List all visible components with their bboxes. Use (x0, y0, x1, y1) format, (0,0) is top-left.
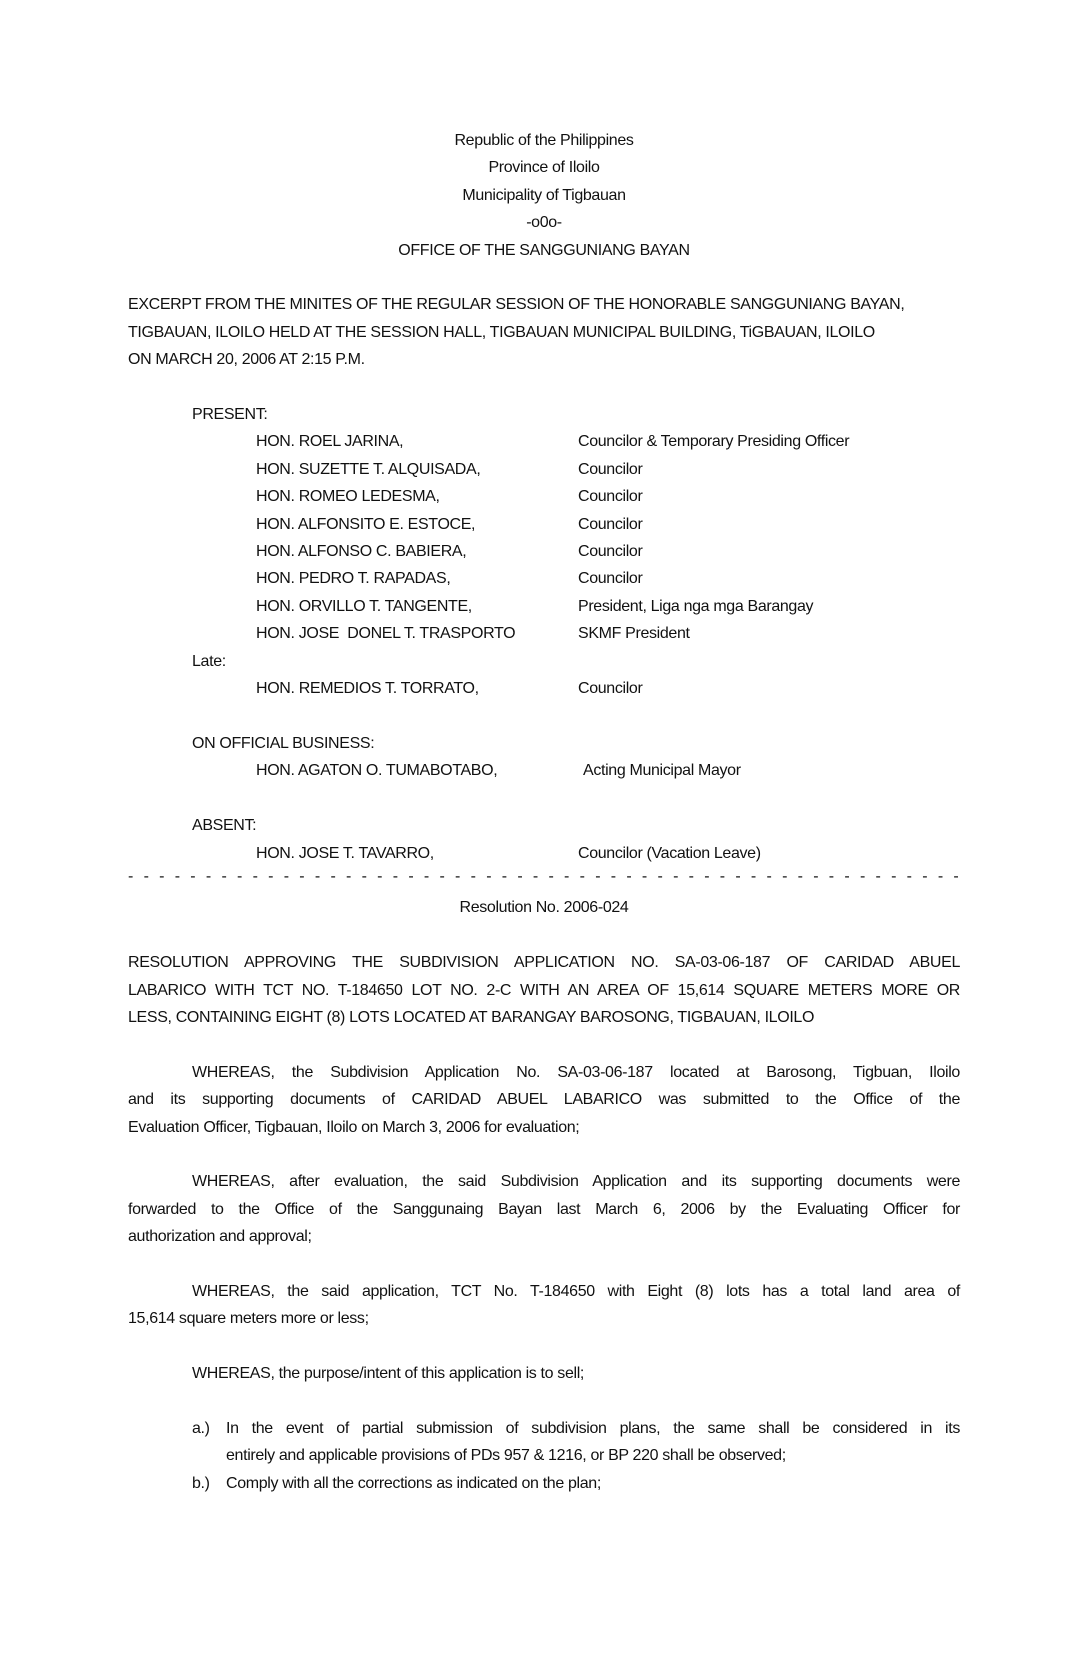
member-name: HON. ROMEO LEDESMA, (192, 483, 578, 510)
whereas-line: Evaluation Officer, Tigbauan, Iloilo on … (128, 1114, 960, 1141)
condition-item: a.) In the event of partial submission o… (192, 1415, 960, 1470)
excerpt-line: EXCERPT FROM THE MINITES OF THE REGULAR … (128, 291, 960, 318)
whereas-line: WHEREAS, after evaluation, the said Subd… (128, 1168, 960, 1195)
excerpt-line: ON MARCH 20, 2006 AT 2:15 P.M. (128, 346, 960, 373)
whereas-line: 15,614 square meters more or less; (128, 1305, 960, 1332)
resolution-title-line: LABARICO WITH TCT NO. T-184650 LOT NO. 2… (128, 977, 960, 1004)
whereas-clause: WHEREAS, the said application, TCT No. T… (128, 1278, 960, 1333)
member-role: Councilor (578, 483, 960, 510)
member-role: Councilor (578, 675, 960, 702)
document-page: Republic of the Philippines Province of … (128, 127, 960, 1497)
attendance-row: HON. JOSE DONEL T. TRASPORTO SKMF Presid… (192, 620, 960, 647)
member-name: HON. ROEL JARINA, (192, 428, 578, 455)
letterhead-office: OFFICE OF THE SANGGUNIANG BAYAN (128, 237, 960, 264)
whereas-line: WHEREAS, the said application, TCT No. T… (128, 1278, 960, 1305)
letterhead-municipality: Municipality of Tigbauan (128, 182, 960, 209)
resolution-title: RESOLUTION APPROVING THE SUBDIVISION APP… (128, 949, 960, 1031)
member-role: Councilor (578, 511, 960, 538)
member-name: HON. ORVILLO T. TANGENTE, (192, 593, 578, 620)
attendance-row: HON. ROEL JARINA, Councilor & Temporary … (192, 428, 960, 455)
member-role: Acting Municipal Mayor (578, 757, 960, 784)
attendance-row: HON. ORVILLO T. TANGENTE, President, Lig… (192, 593, 960, 620)
list-marker: b.) (192, 1470, 226, 1497)
whereas-line: WHEREAS, the purpose/intent of this appl… (128, 1360, 960, 1387)
member-role: Councilor (Vacation Leave) (578, 840, 960, 867)
member-name: HON. REMEDIOS T. TORRATO, (192, 675, 578, 702)
letterhead-country: Republic of the Philippines (128, 127, 960, 154)
late-label: Late: (192, 648, 960, 675)
attendance-row: HON. ROMEO LEDESMA, Councilor (192, 483, 960, 510)
member-name: HON. JOSE T. TAVARRO, (192, 840, 578, 867)
member-name: HON. SUZETTE T. ALQUISADA, (192, 456, 578, 483)
member-name: HON. ALFONSO C. BABIERA, (192, 538, 578, 565)
member-role: Councilor (578, 538, 960, 565)
member-role: Councilor & Temporary Presiding Officer (578, 428, 960, 455)
member-name: HON. PEDRO T. RAPADAS, (192, 565, 578, 592)
condition-body: Comply with all the corrections as indic… (226, 1470, 960, 1497)
whereas-line: WHEREAS, the Subdivision Application No.… (128, 1059, 960, 1086)
whereas-clause: WHEREAS, the Subdivision Application No.… (128, 1059, 960, 1141)
whereas-clause: WHEREAS, the purpose/intent of this appl… (128, 1360, 960, 1387)
condition-item: b.) Comply with all the corrections as i… (192, 1470, 960, 1497)
attendance-row: HON. ALFONSO C. BABIERA, Councilor (192, 538, 960, 565)
attendance-row: HON. ALFONSITO E. ESTOCE, Councilor (192, 511, 960, 538)
whereas-line: and its supporting documents of CARIDAD … (128, 1086, 960, 1113)
resolution-title-line: RESOLUTION APPROVING THE SUBDIVISION APP… (128, 949, 960, 976)
attendance-row: HON. PEDRO T. RAPADAS, Councilor (192, 565, 960, 592)
conditions-list: a.) In the event of partial submission o… (128, 1415, 960, 1497)
absent-label: ABSENT: (192, 812, 960, 839)
member-role: Councilor (578, 456, 960, 483)
excerpt-heading: EXCERPT FROM THE MINITES OF THE REGULAR … (128, 291, 960, 373)
whereas-line: forwarded to the Office of the Sanggunai… (128, 1196, 960, 1223)
section-divider: - - - - - - - - - - - - - - - - - - - - … (128, 867, 960, 894)
whereas-clause: WHEREAS, after evaluation, the said Subd… (128, 1168, 960, 1250)
attendance-section: PRESENT: HON. ROEL JARINA, Councilor & T… (128, 401, 960, 867)
letterhead: Republic of the Philippines Province of … (128, 127, 960, 264)
member-role: Councilor (578, 565, 960, 592)
resolution-title-line: LESS, CONTAINING EIGHT (8) LOTS LOCATED … (128, 1004, 960, 1031)
attendance-row: HON. JOSE T. TAVARRO, Councilor (Vacatio… (192, 840, 960, 867)
excerpt-line: TIGBAUAN, ILOILO HELD AT THE SESSION HAL… (128, 319, 960, 346)
whereas-line: authorization and approval; (128, 1223, 960, 1250)
letterhead-province: Province of Iloilo (128, 154, 960, 181)
official-business-label: ON OFFICIAL BUSINESS: (192, 730, 960, 757)
condition-line: entirely and applicable provisions of PD… (226, 1442, 960, 1469)
condition-line: In the event of partial submission of su… (226, 1415, 960, 1442)
condition-line: Comply with all the corrections as indic… (226, 1470, 960, 1497)
attendance-row: HON. REMEDIOS T. TORRATO, Councilor (192, 675, 960, 702)
condition-body: In the event of partial submission of su… (235, 1415, 960, 1470)
resolution-number: Resolution No. 2006-024 (128, 894, 960, 921)
member-name: HON. JOSE DONEL T. TRASPORTO (192, 620, 578, 647)
member-name: HON. AGATON O. TUMABOTABO, (192, 757, 578, 784)
present-label: PRESENT: (192, 401, 960, 428)
member-role: SKMF President (578, 620, 960, 647)
member-name: HON. ALFONSITO E. ESTOCE, (192, 511, 578, 538)
letterhead-ornament: -o0o- (128, 209, 960, 236)
attendance-row: HON. AGATON O. TUMABOTABO, Acting Munici… (192, 757, 960, 784)
member-role: President, Liga nga mga Barangay (578, 593, 960, 620)
attendance-row: HON. SUZETTE T. ALQUISADA, Councilor (192, 456, 960, 483)
